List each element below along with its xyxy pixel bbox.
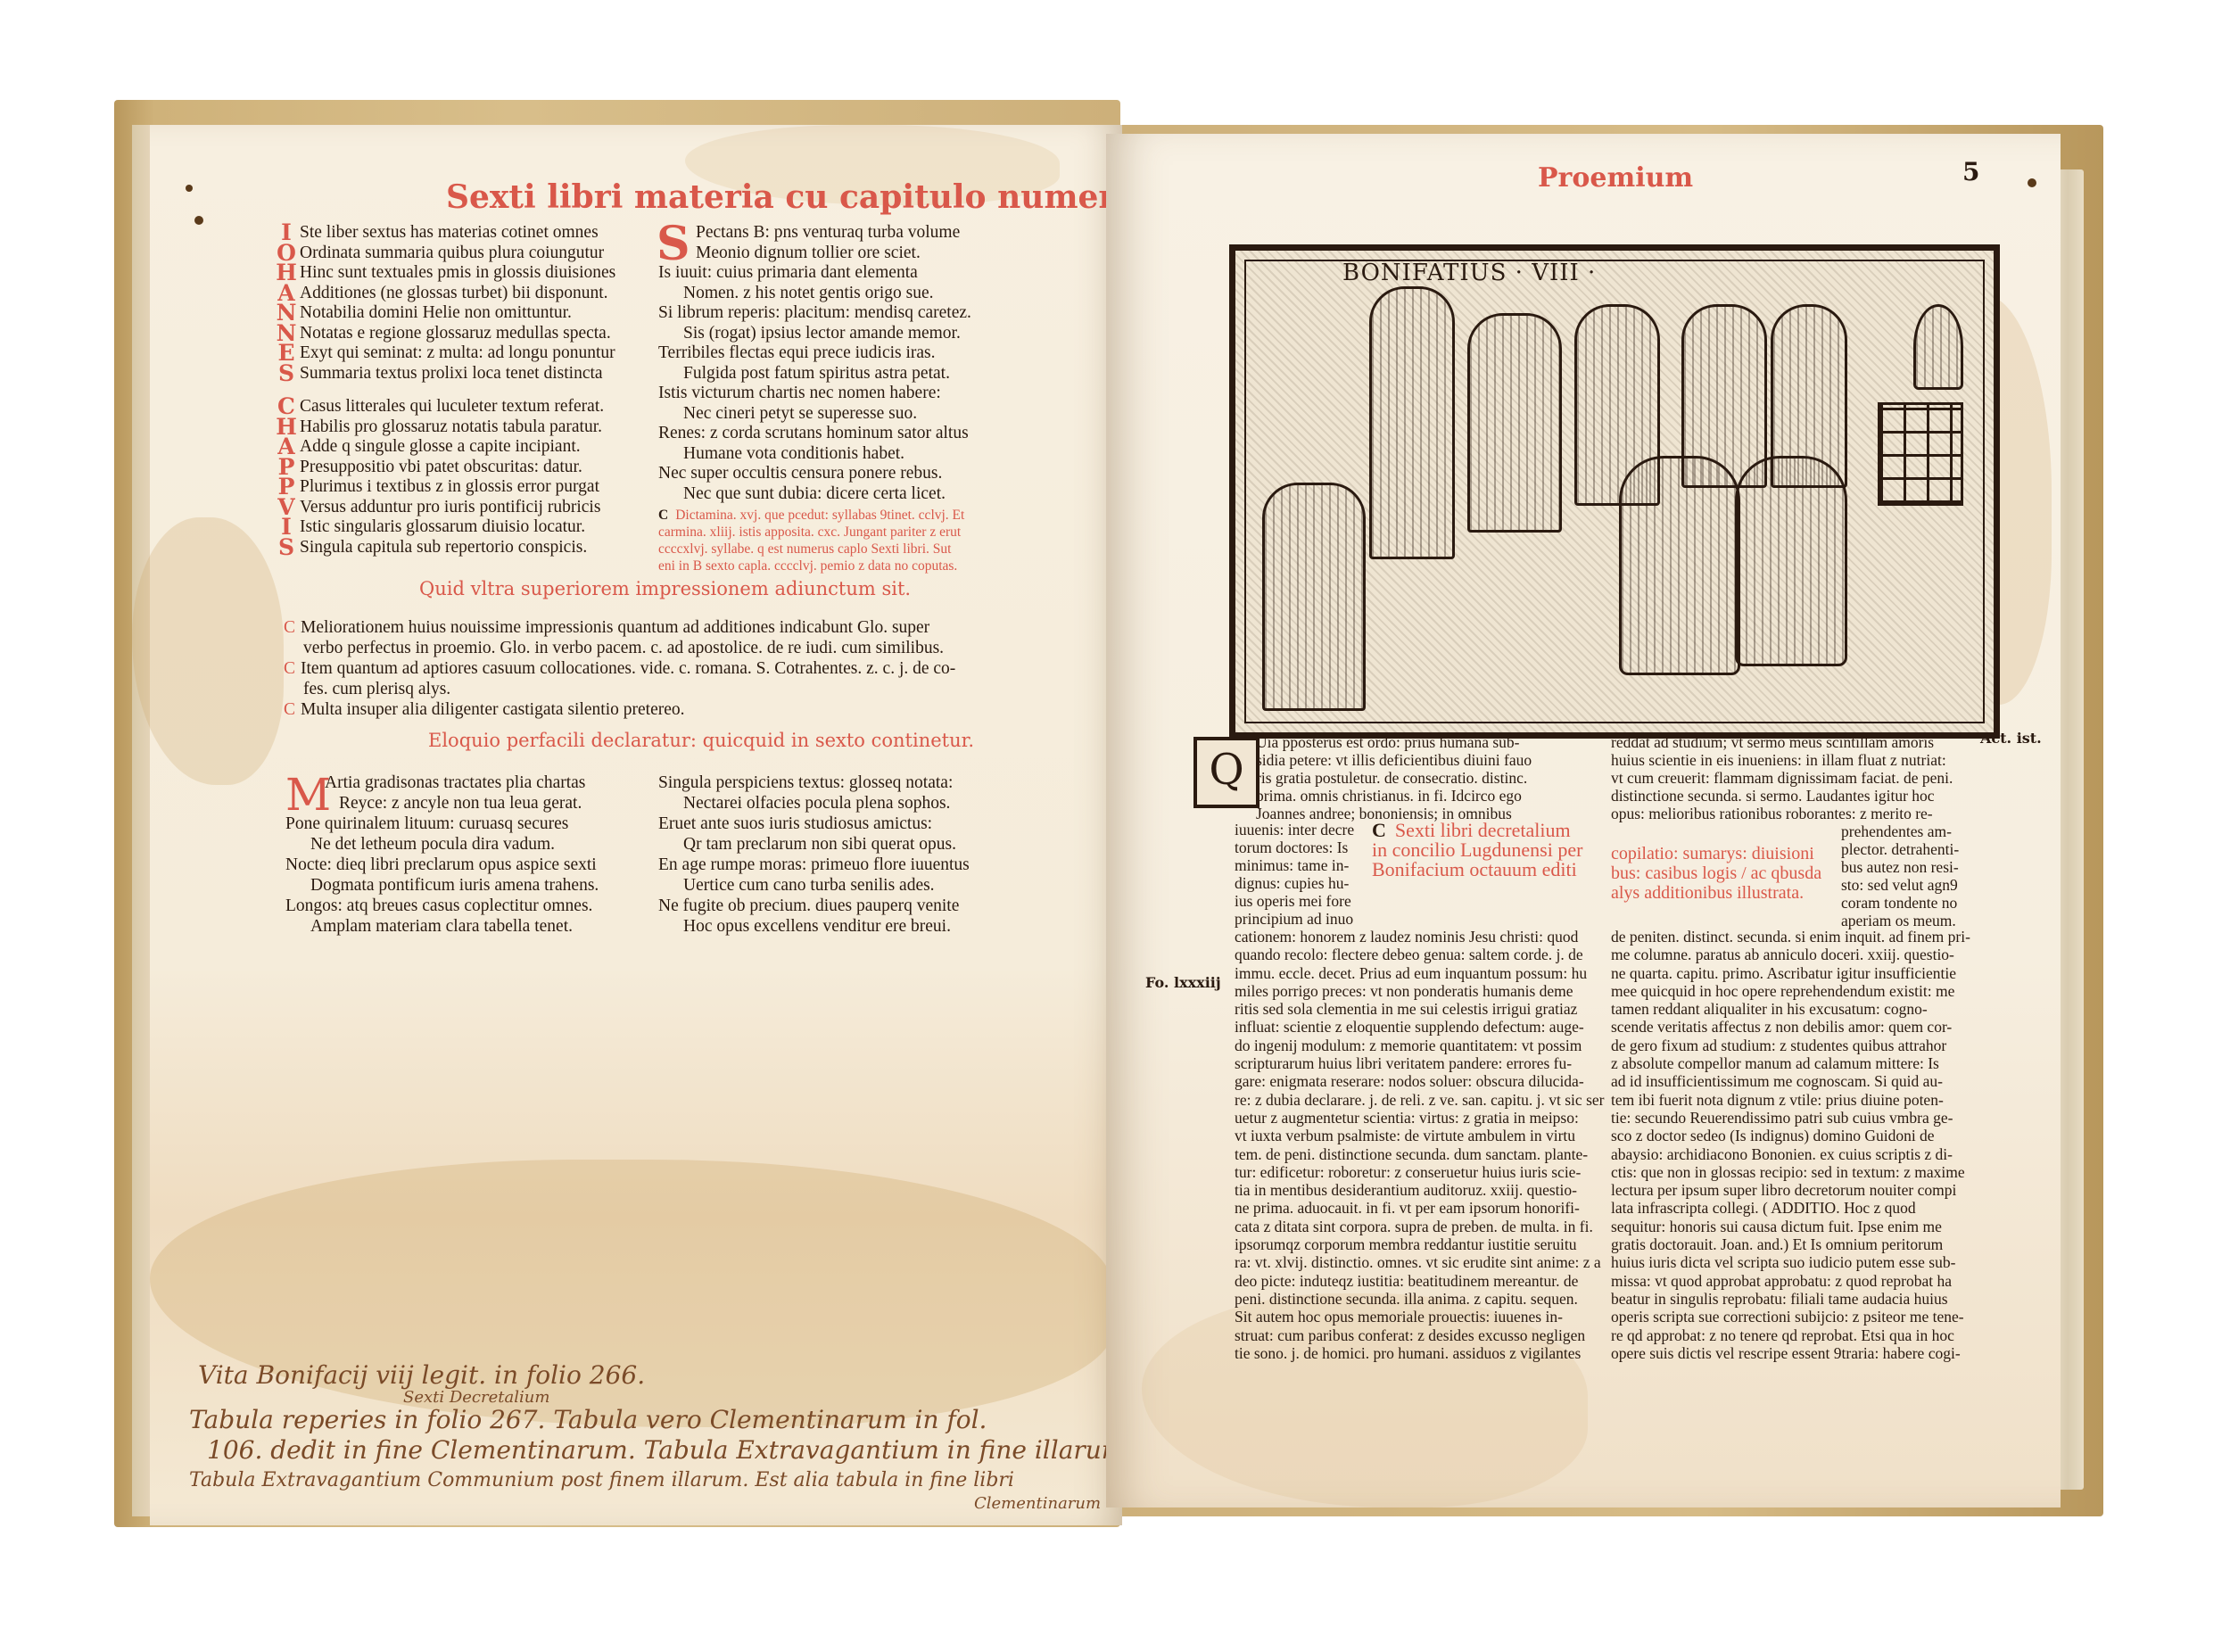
dedicatory-verses: Pectans B: pns venturaq turba volumeMeon…: [658, 223, 971, 504]
manuscript-annotation: Vita Bonifacij viij legit. in folio 266.…: [189, 1360, 1125, 1512]
worm-hole: [194, 216, 203, 225]
seated-cardinal-figure: [1262, 483, 1366, 711]
kneeling-monk-figure: [1735, 456, 1847, 666]
woodcut-caption: BONIFATIUS · VIII ·: [1342, 260, 1596, 286]
woodcut-illustration: BONIFATIUS · VIII ·: [1229, 244, 2000, 739]
worm-hole: [2028, 178, 2036, 187]
intro-verses-block-1: Ste liber sextus has materias cotinet om…: [300, 223, 615, 384]
acrostic-chappvis: CHAPPVIS: [273, 397, 300, 558]
margin-note-folio: Fo. lxxxiij: [1145, 974, 1221, 991]
red-title-compilatio: copilatio: sumarys: diuisionibus: casibu…: [1611, 844, 1821, 903]
acrostic-iohannes: IOHANNES: [273, 223, 300, 384]
folio-number: 5: [1962, 157, 1979, 186]
proemium-main-column-1: cationem: honorem z laudez nominis Jesu …: [1235, 928, 1604, 1362]
proemium-main-column-2: de peniten. distinct. secunda. si enim i…: [1611, 928, 1970, 1362]
margin-note-act: Act. ist.: [1980, 730, 2042, 747]
subheading-additions: Quid vltra superiorem impressionem adiun…: [419, 578, 911, 599]
lattice-window: [1878, 402, 1963, 506]
worm-hole: [186, 185, 193, 192]
cardinal-figure: [1467, 313, 1562, 533]
subheading-eloquio: Eloquio perfacili declaratur: quicquid i…: [428, 730, 974, 751]
poem-left-column: Artia gradisonas tractates plia chartasR…: [285, 772, 599, 937]
left-page-title: Sexti libri materia cu capitulo numero: [446, 178, 1136, 216]
intro-verses-block-2: Casus litterales qui luculeter textum re…: [300, 397, 604, 558]
running-head: Proemium: [1538, 162, 1693, 194]
additions-paragraph: CMeliorationem huius nouissime impressio…: [284, 617, 955, 720]
proemium-column-2-narrow: prehendentes am-plector. detrahenti-bus …: [1841, 822, 1959, 929]
pope-figure: [1369, 286, 1455, 559]
water-stain: [132, 517, 284, 785]
syllable-count-note: CDictamina. xvj. que pcedut: syllabas 9t…: [658, 507, 964, 574]
flower-vase: [1913, 304, 1963, 390]
proemium-column-2-top: reddat ad studium; vt sermo meus scintil…: [1611, 733, 1953, 822]
red-title-sexti-libri: CSexti libri decretaliumin concilio Lugd…: [1372, 821, 1582, 880]
proemium-opening: Uia pposterus est ordo: prius humana sub…: [1256, 733, 1532, 822]
poem-right-column: Singula perspiciens textus: glosseq nota…: [658, 772, 970, 937]
kneeling-monk-figure: [1619, 456, 1740, 675]
decorated-initial: Q: [1193, 737, 1260, 808]
proemium-narrow-column: iuuenis: inter decretorum doctores: Ismi…: [1235, 821, 1354, 928]
